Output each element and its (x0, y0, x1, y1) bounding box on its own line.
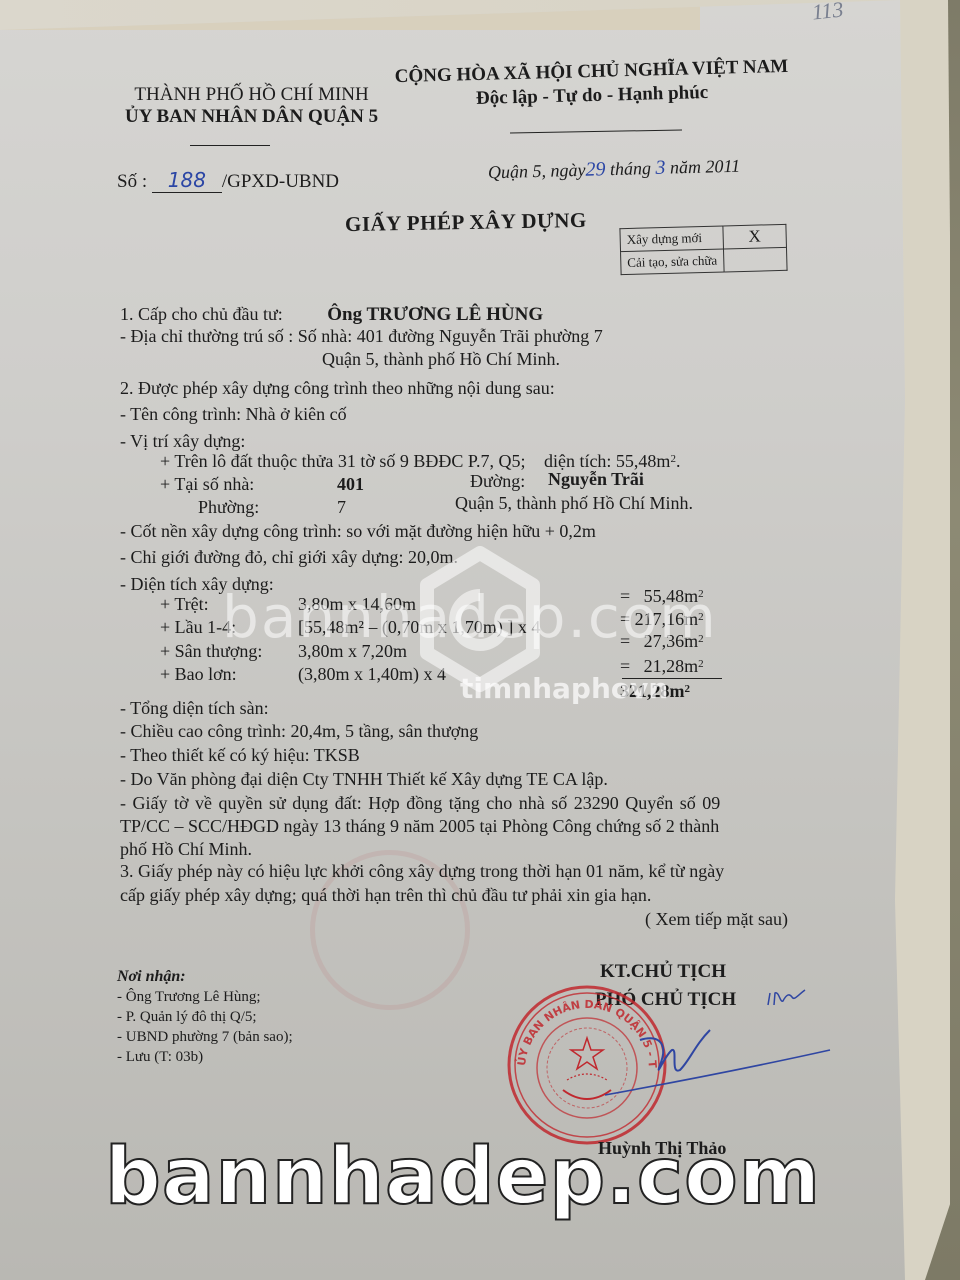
permit-type-row: Cải tạo, sửa chữa (621, 247, 787, 274)
issuer-header: THÀNH PHỐ HỒ CHÍ MINH ỦY BAN NHÂN DÂN QU… (125, 84, 378, 128)
issuer-underline (190, 145, 270, 146)
location-label: - Vị trí xây dựng: (120, 430, 245, 452)
superscript-2: 2 (685, 683, 691, 695)
building-height: - Chiều cao công trình: 20,4m, 5 tầng, s… (120, 720, 478, 742)
house-number-label: + Tại số nhà: (160, 473, 254, 495)
owner-address: - Địa chỉ thường trú số : Số nhà: 401 đư… (120, 325, 603, 347)
section1-owner: 1. Cấp cho chủ đầu tư: Ông TRƯƠNG LÊ HÙN… (120, 303, 543, 326)
land-docs-line3: phố Hồ Chí Minh. (120, 838, 252, 860)
date-month: 3 (655, 157, 666, 179)
permit-number-suffix: /GPXD-UBND (222, 171, 339, 192)
watermark-text-mid: bannhadep.com (222, 583, 718, 651)
land-docs-line1: - Giấy tờ về quyền sử dụng đất: Hợp đồng… (120, 792, 720, 814)
recipient-item: - P. Quản lý đô thị Q/5; (117, 1007, 293, 1027)
foundation-level: - Cốt nền xây dựng công trình: so với mặ… (120, 520, 596, 542)
month-label: tháng (610, 158, 652, 179)
street-name: Nguyễn Trãi (548, 468, 644, 490)
watermark-text-bottom: bannhadep.com (105, 1132, 821, 1222)
validity-line1: 3. Giấy phép này có hiệu lực khởi công x… (120, 860, 724, 882)
permit-type-label: Cải tạo, sửa chữa (621, 249, 724, 275)
permit-number-label: Số : (117, 171, 147, 192)
owner-address-line2: Quận 5, thành phố Hồ Chí Minh. (322, 348, 560, 370)
permit-type-table: Xây dựng mới X Cải tạo, sửa chữa (619, 224, 787, 275)
section2-label: 2. Được phép xây dựng công trình theo nh… (120, 377, 555, 399)
signature-scribble-icon (600, 1010, 840, 1110)
year-label: năm 2011 (670, 156, 741, 178)
design-code: - Theo thiết kế có ký hiệu: TKSB (120, 744, 360, 766)
superscript-2: 2 (698, 658, 704, 670)
district-line: Quận 5, thành phố Hồ Chí Minh. (455, 492, 693, 514)
ward-number: 7 (337, 496, 346, 518)
designer: - Do Văn phòng đại diện Cty TNHH Thiết k… (120, 768, 608, 790)
recipients-block: Nơi nhận: - Ông Trương Lê Hùng; - P. Quả… (117, 967, 293, 1067)
plot-number: + Trên lô đất thuộc thửa 31 tờ số 9 BĐĐC… (160, 451, 525, 471)
document-title: GIẤY PHÉP XÂY DỰNG (345, 208, 587, 237)
permit-number: Số : 188/GPXD-UBND (117, 168, 339, 193)
land-docs-line2: TP/CC – SCC/HĐGD ngày 13 tháng 9 năm 200… (120, 815, 719, 837)
date-prefix: Quận 5, ngày (488, 160, 586, 183)
permit-type-mark (723, 247, 787, 272)
street-label: Đường: (470, 470, 525, 492)
national-header: CỘNG HÒA XÃ HỘI CHỦ NGHĨA VIỆT NAM Độc l… (394, 55, 789, 113)
permit-type-label: Xây dựng mới (620, 226, 723, 252)
owner-name: Ông TRƯƠNG LÊ HÙNG (327, 304, 543, 325)
initials-icon (765, 985, 815, 1010)
recipient-item: - Ông Trương Lê Hùng; (117, 987, 293, 1007)
date-day: 29 (585, 158, 606, 181)
watermark-text-site: timnhaphovn (460, 672, 668, 705)
area-row-label: + Bao lơn: (160, 663, 237, 685)
boundary-line: - Chỉ giới đường đỏ, chỉ giới xây dựng: … (120, 546, 458, 568)
total-floor-label: - Tổng diện tích sàn: (120, 697, 269, 719)
house-number: 401 (337, 473, 364, 495)
area-row-label: + Trệt: (160, 593, 209, 615)
issuer-city: THÀNH PHỐ HỒ CHÍ MINH (125, 84, 378, 106)
section1-label: 1. Cấp cho chủ đầu tư: (120, 304, 283, 324)
permit-number-value: 188 (152, 168, 222, 193)
issuer-committee: ỦY BAN NHÂN DÂN QUẬN 5 (125, 106, 378, 128)
superscript-2: 2 (670, 453, 676, 465)
permit-type-mark: X (723, 224, 787, 249)
recipients-heading: Nơi nhận: (117, 967, 293, 987)
validity-line2: cấp giấy phép xây dựng; quá thời hạn trê… (120, 884, 651, 906)
corner-handwritten-note: 113 (811, 0, 845, 26)
see-back-note: ( Xem tiếp mặt sau) (645, 908, 788, 930)
project-name: - Tên công trình: Nhà ở kiên cố (120, 403, 347, 425)
ward-label: Phường: (198, 496, 259, 518)
recipient-item: - Lưu (T: 03b) (117, 1047, 293, 1067)
recipient-item: - UBND phường 7 (bản sao); (117, 1027, 293, 1047)
